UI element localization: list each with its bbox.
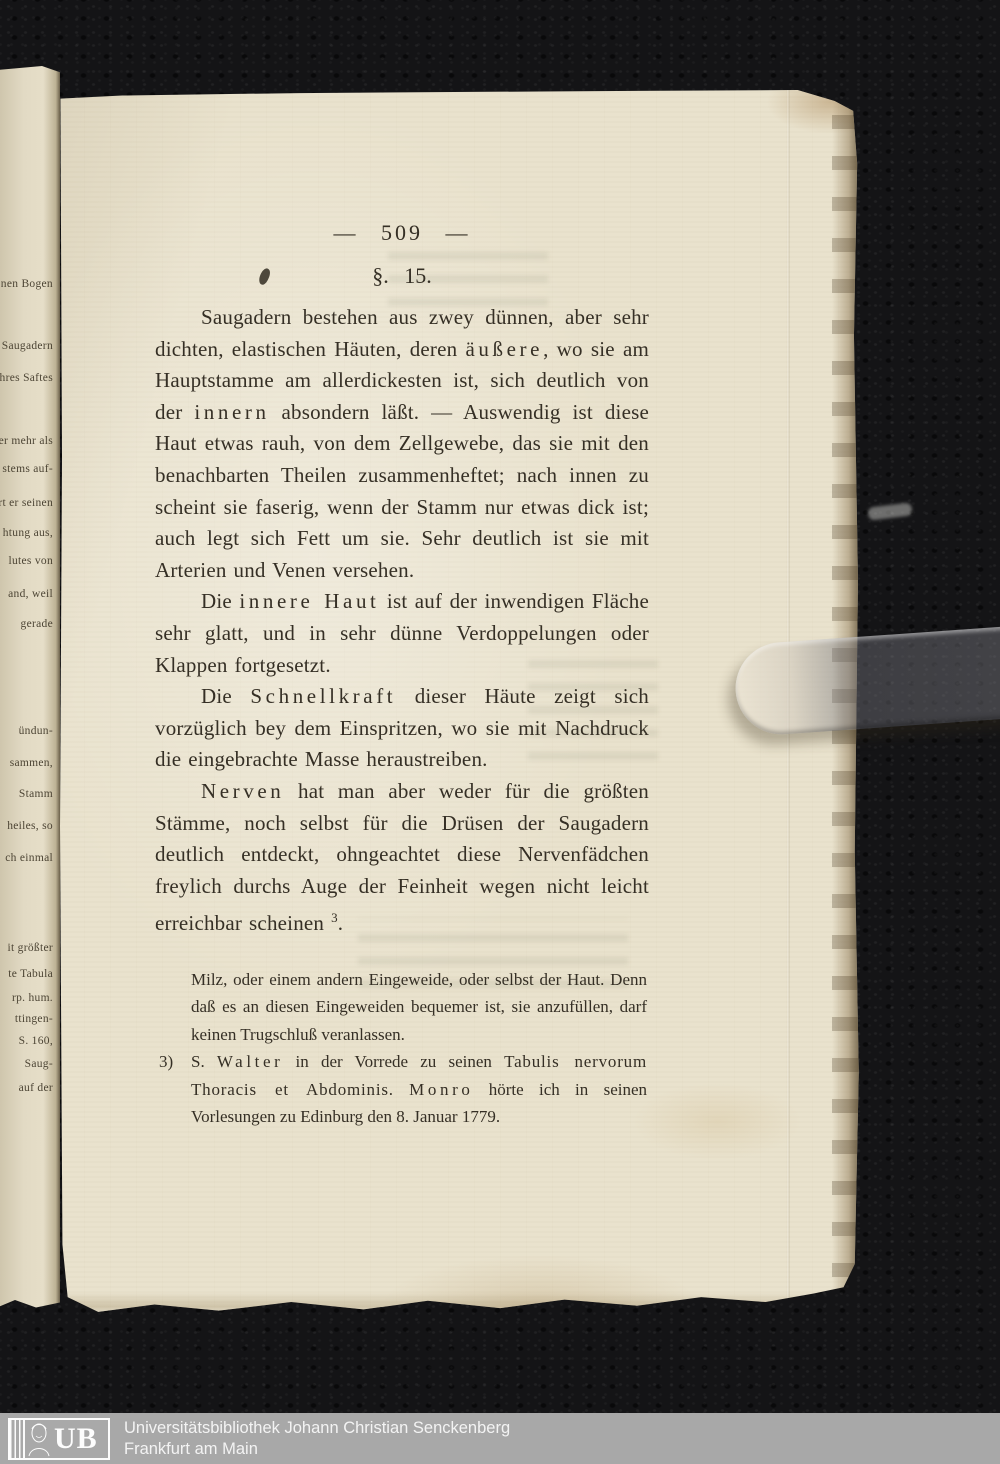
text-segment: Walter	[217, 1052, 283, 1071]
margin-text-fragment: Saugadern	[2, 340, 53, 352]
logo-book-spines-icon	[10, 1420, 25, 1458]
text-segment: innern	[194, 400, 269, 424]
page-number: — 509 —	[155, 220, 649, 246]
margin-text-fragment: and, weil	[8, 588, 53, 600]
margin-text-fragment: S. 160,	[19, 1035, 53, 1047]
library-banner: UB Universitätsbibliothek Johann Christi…	[0, 1413, 1000, 1464]
margin-text-fragment: lutes von	[8, 555, 53, 567]
text-segment: Monro	[409, 1080, 473, 1099]
footnotes: Milz, oder einem andern Eingeweide, oder…	[155, 966, 647, 1130]
paragraph: Die Schnellkraft dieser Häute zeigt sich…	[155, 681, 649, 776]
margin-text-fragment: heiles, so	[7, 820, 53, 832]
banner-line1: Universitätsbibliothek Johann Christian …	[124, 1418, 510, 1439]
section-heading: §. 15.	[155, 263, 649, 289]
margin-text-fragment: gerade	[21, 618, 53, 630]
text-segment: absondern läßt. — Auswendig ist diese Ha…	[155, 400, 649, 582]
margin-text-fragment: auf der	[19, 1082, 53, 1094]
margin-text-fragment: sammen,	[10, 757, 53, 769]
book-scan-scene: nen BogenSaugadernhres Safteser mehr als…	[0, 0, 1000, 1464]
footnote: Milz, oder einem andern Eingeweide, oder…	[155, 966, 647, 1048]
margin-text-fragment: te Tabula	[8, 968, 53, 980]
text-segment: Schnellkraft	[250, 684, 396, 708]
text-segment: Die	[201, 684, 250, 708]
paragraph: Die innere Haut ist auf der inwendigen F…	[155, 586, 649, 681]
margin-text-fragment: htung aus,	[3, 527, 53, 539]
page-deckle-edge	[58, 1292, 862, 1318]
margin-text-fragment: hres Saftes	[0, 372, 53, 384]
ub-logo: UB	[8, 1418, 110, 1460]
senckenberg-portrait-icon	[26, 1421, 52, 1457]
transparent-page-holder	[732, 626, 1000, 737]
margin-text-fragment: stems auf-	[2, 463, 53, 475]
text-segment: .	[338, 911, 343, 935]
margin-text-fragment: Stamm	[19, 788, 53, 800]
text-segment: Milz, oder einem andern Eingeweide, oder…	[191, 970, 647, 1044]
footnote: 3)S. Walter in der Vorrede zu seinen Tab…	[155, 1048, 647, 1130]
banner-line2: Frankfurt am Main	[124, 1439, 510, 1460]
margin-text-fragment: er mehr als	[0, 435, 53, 447]
margin-text-fragment: rp. hum.	[12, 992, 53, 1004]
text-segment: in der Vorrede zu seinen	[283, 1052, 504, 1071]
body-paragraphs: Saugadern bestehen aus zwey dünnen, aber…	[155, 302, 649, 940]
paragraph: Saugadern bestehen aus zwey dünnen, aber…	[155, 302, 649, 586]
text-segment: 3	[331, 910, 338, 925]
margin-text-fragment: it größter	[8, 942, 53, 954]
text-segment: Nerven	[201, 779, 284, 803]
text-segment: S.	[191, 1052, 217, 1071]
paragraph: Nerven hat man aber weder für die größte…	[155, 776, 649, 940]
text-column: — 509 — §. 15. Saugadern bestehen aus zw…	[155, 90, 649, 1130]
banner-text: Universitätsbibliothek Johann Christian …	[124, 1418, 510, 1460]
margin-text-fragment: ttingen-	[15, 1013, 53, 1025]
footnote-marker: 3)	[159, 1048, 173, 1075]
text-segment: Die	[201, 589, 239, 613]
previous-page-edge: nen BogenSaugadernhres Safteser mehr als…	[0, 66, 60, 1310]
margin-text-fragment: ündun-	[19, 725, 53, 737]
leather-highlight	[867, 502, 912, 520]
ub-logo-text: UB	[54, 1424, 98, 1454]
margin-text-fragment: ch einmal	[5, 852, 53, 864]
text-segment: innere Haut	[239, 589, 379, 613]
text-segment: äußere	[466, 337, 544, 361]
text-segment	[394, 1080, 409, 1099]
margin-text-fragment: nen Bogen	[1, 278, 53, 290]
margin-text-fragment: rt er seinen	[0, 497, 53, 509]
margin-text-fragment: Saug-	[25, 1058, 53, 1070]
